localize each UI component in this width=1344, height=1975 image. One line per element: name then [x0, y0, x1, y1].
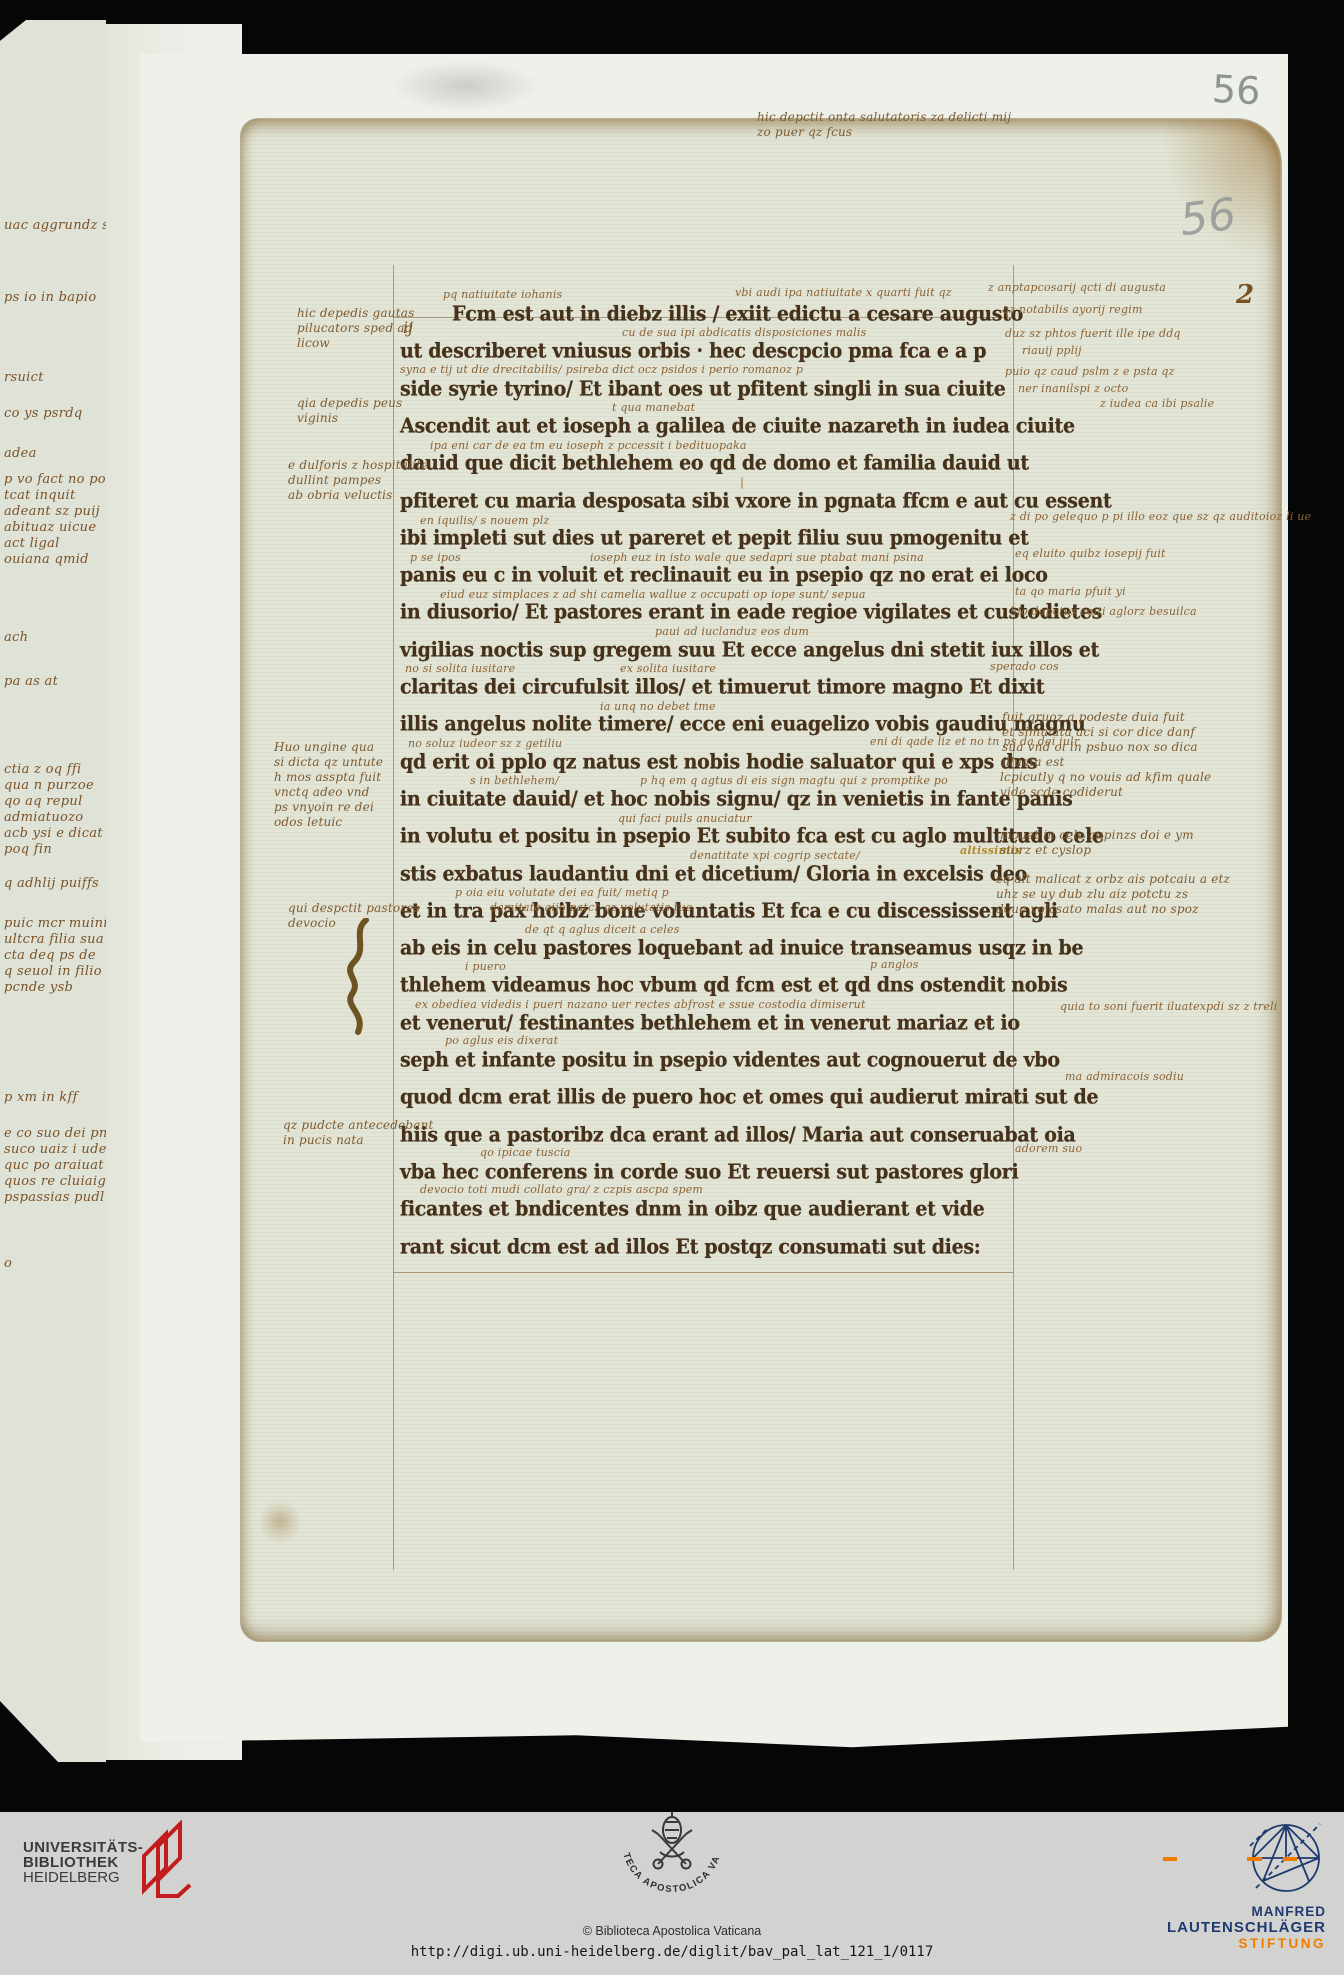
facing-page-edge: uac aggrundz seps io in bapiorsuictco ys… — [0, 20, 106, 1762]
foundation-name-line3: STIFTUNG — [1167, 1936, 1326, 1951]
interlinear-gloss: p hq em q agtus di eis sign magtu qui z … — [640, 774, 948, 787]
interlinear-gloss: ia unq no debet tme — [600, 700, 716, 713]
interlinear-gloss: p se ipos — [410, 551, 461, 564]
foundation-name-line2: LAUTENSCHLÄGER — [1167, 1919, 1326, 1936]
manuscript-text-line: ficantes et bndicentes dnm in oibz que a… — [400, 1198, 984, 1221]
viewer-footer: UNIVERSITÄTS- BIBLIOTHEK HEIDELBERG — [0, 1812, 1344, 1975]
manuscript-text-line: dauid que dicit bethlehem eo qd de domo … — [400, 452, 1029, 475]
manuscript-text-line: vba hec conferens in corde suo Et reuers… — [400, 1160, 1018, 1183]
interlinear-gloss: qo ipicae tuscia — [480, 1146, 571, 1159]
facing-page-fragment: ach — [4, 630, 28, 646]
interlinear-gloss: z anptapcosarij qcti di augusta — [988, 281, 1166, 294]
manuscript-text-line: panis eu c in voluit et reclinauit eu in… — [400, 563, 1048, 586]
digitized-manuscript-page: uac aggrundz seps io in bapiorsuictco ys… — [0, 0, 1344, 1975]
manuscript-text-line: hiis que a pastoribz dca erant ad illos/… — [400, 1123, 1076, 1146]
margin-note-right: zq alt malicat z orbz ais potcaiu a etzu… — [996, 872, 1230, 917]
round-stain — [258, 1500, 302, 1544]
interlinear-gloss: duz sz phtos fuerit ille ipe ddq — [1005, 327, 1181, 340]
interlinear-gloss: po aglus eis dixerat — [445, 1034, 558, 1047]
interlinear-gloss: quia to soni fuerit iluatexpdi sz z trel… — [1060, 1000, 1278, 1013]
facing-page-fragment: o — [4, 1256, 12, 1272]
folio-number-pencil: 56 — [1211, 67, 1262, 113]
manuscript-text-line: thlehem videamus hoc vbum qd fcm est et … — [400, 974, 1067, 997]
manuscript-text-line: ut describeret vniusus orbis · hec descp… — [400, 340, 986, 363]
facing-page-fragment: rsuict — [4, 370, 44, 386]
library-name-line3: HEIDELBERG — [23, 1870, 143, 1885]
margin-note-left: qia depedis peusviginis — [297, 396, 402, 426]
manuscript-text-line: Fcm est aut in diebz illis / exiit edict… — [452, 302, 1023, 325]
facing-page-fragment: p xm in kff — [4, 1090, 78, 1106]
interlinear-gloss: t qua manebat — [612, 401, 695, 414]
interlinear-gloss: ex solita iusitare — [620, 662, 716, 675]
margin-brace-mark — [332, 918, 380, 1036]
manuscript-text-line: vigilias noctis sup gregem suu Et ecce a… — [400, 638, 1099, 661]
interlinear-gloss: syna e tij ut die drecitabilis/ psireba … — [400, 363, 803, 376]
vatican-library-seal-icon: BIBLIOTECA APOSTOLICA VATICANA — [612, 1812, 732, 1924]
library-name: UNIVERSITÄTS- BIBLIOTHEK HEIDELBERG — [23, 1840, 143, 1885]
margin-note-left: qui despctit pastoresdevocio — [288, 901, 420, 931]
interlinear-gloss: qz notabilis ayorij regim — [1002, 303, 1143, 316]
lautenschlaeger-foundation-logo-icon — [1248, 1816, 1324, 1894]
manuscript-text-line: pfiteret cu maria desposata sibi vxore i… — [400, 489, 1111, 512]
foundation-name: MANFRED LAUTENSCHLÄGER STIFTUNG — [1167, 1904, 1326, 1951]
manuscript-text-line: ibi impleti sut dies ut pareret et pepit… — [400, 526, 1029, 549]
margin-note-left: hic depedis gautaspilucators sped adlico… — [297, 306, 414, 351]
interlinear-gloss: p oia eiu volutate dei ea fuit/ metiq p — [455, 886, 669, 899]
manuscript-text-line: qd erit oi pplo qz natus est nobis hodie… — [400, 750, 1037, 773]
interlinear-gloss: ioseph euz in isto wale que sedapri sue … — [590, 551, 924, 564]
interlinear-gloss: de qt q aglus diceit a celes — [525, 923, 680, 936]
interlinear-gloss: ner inanilspi z octo — [1018, 382, 1128, 395]
interlinear-gloss: vbi audi ipa natiuitate x quarti fuit qz — [735, 286, 952, 299]
interlinear-gloss: eq eluito quibz iosepij fuit — [1015, 547, 1166, 560]
facing-page-fragment: adea — [4, 446, 37, 462]
interlinear-gloss: adorem suo — [1015, 1142, 1082, 1155]
interlinear-gloss: p anglos — [870, 958, 919, 971]
margin-note-left: Huo ungine quasi dicta qz untuteh mos as… — [274, 740, 383, 830]
manuscript-text-line: ab eis in celu pastores loquebant ad inu… — [400, 936, 1083, 959]
interlinear-gloss: z di po gelequo p pi illo eoz que sz qz … — [1010, 510, 1311, 523]
interlinear-gloss: pq natiuitate iohanis — [443, 288, 562, 301]
stain — [390, 60, 540, 112]
interlinear-gloss: z iudea ca ibi psalie — [1100, 397, 1214, 410]
interlinear-gloss: riauij pplij — [1022, 344, 1082, 357]
interlinear-gloss: puio qz caud pslm z e psta qz — [1005, 365, 1175, 378]
interlinear-gloss: hio depctus caiti aglorz besuilca — [1010, 605, 1197, 618]
interlinear-gloss: no soluz iudeor sz z getiliu — [408, 737, 562, 750]
orange-dash — [1283, 1857, 1297, 1861]
interlinear-gloss: sperado cos — [990, 660, 1059, 673]
margin-note-left: e dulforis z hospitalitedullint pampesab… — [288, 458, 429, 503]
manuscript-text-line: quod dcm erat illis de puero hoc et omes… — [400, 1086, 1098, 1109]
interlinear-gloss: qui faci puils anuciatur — [618, 812, 752, 825]
document-url[interactable]: http://digi.ub.uni-heidelberg.de/diglit/… — [0, 1944, 1344, 1960]
facing-page-fragment: puic mcr muiniultcra filia suacta deq ps… — [4, 916, 106, 996]
manuscript-text-line: et venerut/ festinantes bethlehem et in … — [400, 1011, 1020, 1034]
interlinear-gloss: paui ad iuclanduz eos dum — [655, 625, 809, 638]
interlinear-gloss: i puero — [465, 960, 506, 973]
interlinear-gloss: ma admiracois sodiu — [1065, 1070, 1184, 1083]
facing-page-fragment: co ys psrdq — [4, 406, 83, 422]
copyright-line: © Biblioteca Apostolica Vaticana — [0, 1924, 1344, 1938]
folio-number-pencil-2: 56 — [1177, 189, 1239, 246]
interlinear-gloss: s in bethlehem/ — [470, 774, 559, 787]
manuscript-text-line: seph et infante positu in psepio vidente… — [400, 1048, 1060, 1071]
facing-page-fragment: ctia z oq ffiqua n purzoeqo aq repuladmi… — [4, 762, 103, 858]
interlinear-gloss: ta qo maria pfuit yi — [1015, 585, 1126, 598]
manuscript-text-line: Ascendit aut et ioseph a galilea de ciui… — [400, 414, 1075, 437]
facing-page-fragment: pa as at — [4, 674, 58, 690]
manuscript-text-line: side syrie tyrino/ Et ibant oes ut pfite… — [400, 377, 1006, 400]
interlinear-gloss: ex obediea videdis i pueri nazano uer re… — [415, 998, 866, 1011]
heidelberg-library-logo-icon — [134, 1820, 192, 1912]
column-mark: 2 — [1236, 280, 1254, 310]
interlinear-gloss: ipa eni car de ea tm eu ioseph z pccessi… — [430, 439, 747, 452]
manuscript-text-line: in diusorio/ Et pastores erant in eade r… — [400, 601, 1102, 624]
facing-page-fragment: uac aggrundz se — [4, 218, 106, 234]
facing-page-fragment: ps io in bapio — [4, 290, 96, 306]
margin-note-top-right: hic depctit onta salutatoris za delicti … — [757, 110, 1011, 140]
interlinear-gloss: en iquilis/ s nouem plz — [420, 514, 549, 527]
margin-note-left: qz pudcte antecedebantin pucis nata — [283, 1118, 434, 1148]
manuscript-text-line: claritas dei circufulsit illos/ et timue… — [400, 675, 1044, 698]
interlinear-gloss: denatitate xpi cogrip sectate/ — [690, 849, 860, 862]
facing-page-fragment: q adhlij puiffs — [4, 876, 99, 892]
margin-note-right: mouet in celo cupinzs doi e ymstorz et c… — [1000, 828, 1194, 858]
manuscript-text-line: stis exbatus laudantiu dni et dicetium/ … — [400, 862, 1027, 885]
interlinear-gloss: eiud euz simplaces z ad shi camelia wall… — [440, 588, 866, 601]
interlinear-gloss: no si solita iusitare — [405, 662, 515, 675]
interlinear-gloss: devocio toti mudi collato gra/ z czpis a… — [420, 1183, 703, 1196]
manuscript-text-line: illis angelus nolite timere/ ecce eni eu… — [400, 713, 1085, 736]
interlinear-gloss: | — [740, 476, 744, 489]
manuscript-text-line: rant sicut dcm est ad illos Et postqz co… — [400, 1235, 981, 1258]
margin-note-right: lcpicutly q no vouis ad kfim qualevide s… — [1000, 770, 1211, 800]
manuscript-text-line: in ciuitate dauid/ et hoc nobis signu/ q… — [400, 787, 1073, 810]
foundation-name-line1: MANFRED — [1167, 1904, 1326, 1919]
margin-note-right: fuit qruoz a podeste duia fuitet simulat… — [1002, 710, 1198, 770]
facing-page-fragment: p vo fact no potcat inquitadeant sz puij… — [4, 472, 106, 568]
library-name-line1: UNIVERSITÄTS- — [23, 1840, 143, 1855]
interlinear-gloss: cu de sua ipi abdicatis disposiciones ma… — [622, 326, 866, 339]
orange-dash — [1163, 1857, 1177, 1861]
library-name-line2: BIBLIOTHEK — [23, 1855, 143, 1870]
ruled-line-bottom — [393, 1272, 1013, 1273]
orange-dash — [1247, 1857, 1262, 1861]
facing-page-fragment: e co suo dei pnssuco uaiz i udequc po ar… — [4, 1126, 106, 1206]
interlinear-gloss: damitate aijo patcr qz volutatis tue — [490, 901, 693, 914]
